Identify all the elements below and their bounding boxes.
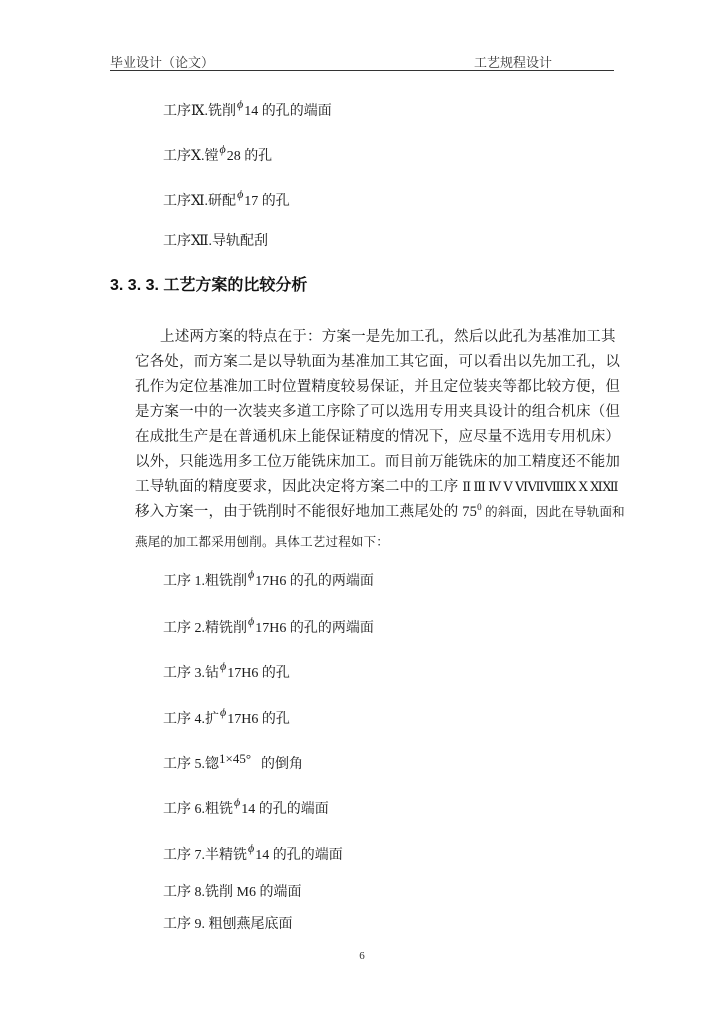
paragraph-line: 孔作为定位基准加工时位置精度较易保证，并且定位装夹等都比较方便，但 [135,375,620,396]
step-text: 14 的孔的端面 [255,848,343,863]
paragraph-text: 移入方案一，由于铣削时不能很好地加工燕尾处的 [135,504,462,520]
step-text: 的倒角 [261,757,303,772]
header-right-title: 工艺规程设计 [474,52,552,71]
step-text: 工序Ⅻ.导轨配刮 [163,234,268,249]
step-text: 17H6 的孔的两端面 [255,621,374,636]
step-text: 28 的孔 [227,149,273,164]
paragraph-line: 移入方案一，由于铣削时不能很好地加工燕尾处的 750 的斜面，因此在导轨面和 [135,500,625,521]
process-step: 工序 8.铣削 M6 的端面 [163,881,301,901]
diameter-symbol: ϕ [248,567,254,581]
paragraph-line: 在成批生产是在普通机床上能保证精度的情况下，应尽量不选用专用机床） [135,425,620,446]
process-step: 工序 4.扩ϕ17H6 的孔 [163,708,290,728]
step-text: 17 的孔 [244,194,290,209]
step-text: 17H6 的孔 [227,666,290,681]
diameter-symbol: ϕ [220,659,226,673]
step-text: 工序Ⅺ.研配 [163,194,236,209]
diameter-symbol: ϕ [219,142,225,156]
section-heading: 3. 3. 3. 工艺方案的比较分析 [110,272,307,295]
step-text: 工序 2.精铣削 [163,621,247,636]
step-text: 工序Ⅸ.铣削 [163,104,236,119]
step-text: 工序 3.钻 [163,666,219,681]
process-step: 工序 2.精铣削ϕ17H6 的孔的两端面 [163,617,374,637]
paragraph-text: 工导轨面的精度要求，因此决定将方案二中的工序 [135,479,458,495]
step-text: 14 的孔的端面 [244,104,332,119]
page-header: 毕业设计（论文） 工艺规程设计 [110,50,614,71]
paragraph-line: 燕尾的加工都采用刨削。具体工艺过程如下： [135,532,389,550]
step-text: 工序 8.铣削 M6 的端面 [163,885,301,900]
process-step: 工序 7.半精铣ϕ14 的孔的端面 [163,844,343,864]
paragraph-line: 它各处，而方案二是以导轨面为基准加工其它面，可以看出以先加工孔，以 [135,350,620,371]
process-step: 工序 3.钻ϕ17H6 的孔 [163,662,290,682]
list-item: 工序Ⅻ.导轨配刮 [163,230,268,250]
step-text: 工序 9. 粗刨燕尾底面 [163,917,293,932]
degree-superscript: 0 [477,502,482,512]
step-text: 14 的孔的端面 [241,802,329,817]
diameter-symbol: ϕ [248,841,254,855]
list-item: 工序Ⅺ.研配ϕ17 的孔 [163,190,290,210]
step-text: 工序 5.锪 [163,757,219,772]
step-text: 17H6 的孔的两端面 [255,574,374,589]
diameter-symbol: ϕ [237,97,243,111]
diameter-symbol: ϕ [237,187,243,201]
step-text: 工序 1.粗铣削 [163,574,247,589]
diameter-symbol: ϕ [234,795,240,809]
process-step: 工序 9. 粗刨燕尾底面 [163,913,293,933]
process-step: 工序 5.锪1×45°的倒角 [163,753,303,773]
list-item: 工序Ⅹ.镗ϕ28 的孔 [163,145,272,165]
paragraph-line: 上述两方案的特点在于：方案一是先加工孔，然后以此孔为基准加工其 [160,325,616,346]
header-left-title: 毕业设计（论文） [110,52,214,71]
step-text: 工序Ⅹ.镗 [163,149,218,164]
diameter-symbol: ϕ [220,705,226,719]
step-text: 17H6 的孔 [227,712,290,727]
list-item: 工序Ⅸ.铣削ϕ14 的孔的端面 [163,100,332,120]
paragraph-line: 以外，只能选用多工位万能铣床加工。而目前万能铣床的加工精度还不能加 [135,450,620,471]
page-number: 6 [0,950,724,962]
roman-numerals: Ⅱ Ⅲ Ⅳ Ⅴ ⅥⅦⅧⅨ Ⅹ ⅪⅫ [462,479,618,494]
process-step: 工序 6.粗铣ϕ14 的孔的端面 [163,798,329,818]
process-step: 工序 1.粗铣削ϕ17H6 的孔的两端面 [163,570,374,590]
step-text: 工序 7.半精铣 [163,848,247,863]
angle-value: 75 [462,504,477,520]
paragraph-text: 的斜面，因此在导轨面和 [482,505,625,519]
step-text: 工序 4.扩 [163,712,219,727]
diameter-symbol: ϕ [248,614,254,628]
chamfer-spec: 1×45° [219,751,251,766]
step-text: 工序 6.粗铣 [163,802,233,817]
paragraph-line: 工导轨面的精度要求，因此决定将方案二中的工序 Ⅱ Ⅲ Ⅳ Ⅴ ⅥⅦⅧⅨ Ⅹ ⅪⅫ [135,475,618,496]
paragraph-line: 是方案一中的一次装夹多道工序除了可以选用专用夹具设计的组合机床（但 [135,400,620,421]
